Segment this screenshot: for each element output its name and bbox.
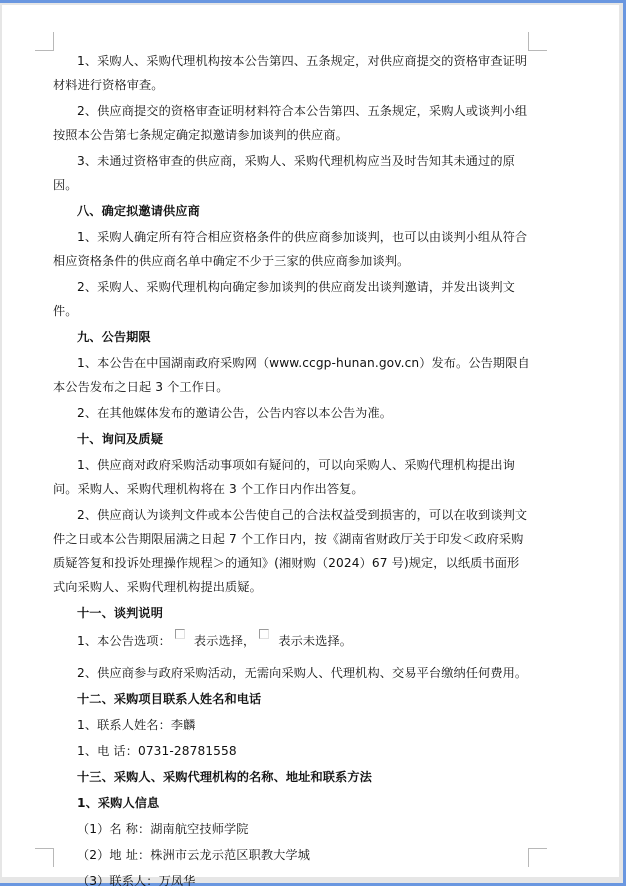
section-heading: 八、确定拟邀请供应商 xyxy=(53,199,531,223)
section-heading: 十、询问及质疑 xyxy=(53,427,531,451)
contact-phone: 1、电 话：0731-28781558 xyxy=(53,739,531,763)
crop-mark-top-left xyxy=(35,32,54,51)
paragraph: 1、供应商对政府采购活动事项如有疑问的，可以向采购人、采购代理机构提出询问。采购… xyxy=(53,453,531,501)
paragraph: 2、供应商提交的资格审查证明材料符合本公告第四、五条规定，采购人或谈判小组按照本… xyxy=(53,99,531,147)
paragraph: 2、在其他媒体发布的邀请公告，公告内容以本公告为准。 xyxy=(53,401,531,425)
checkbox-unselected-icon xyxy=(259,629,269,639)
paragraph: 2、采购人、采购代理机构向确定参加谈判的供应商发出谈判邀请，并发出谈判文件。 xyxy=(53,275,531,323)
section-heading: 十二、采购项目联系人姓名和电话 xyxy=(53,687,531,711)
purchaser-contact: （3）联系人：万凤华 xyxy=(53,869,531,886)
selected-label: 表示选择， xyxy=(194,634,255,648)
paragraph: 1、本公告在中国湖南政府采购网（www.ccgp-hunan.gov.cn）发布… xyxy=(53,351,531,399)
document-page: 1、采购人、采购代理机构按本公告第四、五条规定，对供应商提交的资格审查证明材料进… xyxy=(2,5,619,877)
subsection-heading: 1、采购人信息 xyxy=(53,791,531,815)
paragraph: 2、供应商认为谈判文件或本公告使自己的合法权益受到损害的，可以在收到谈判文件之日… xyxy=(53,503,531,599)
section-heading: 十三、采购人、采购代理机构的名称、地址和联系方法 xyxy=(53,765,531,789)
crop-mark-bottom-left xyxy=(35,848,54,867)
document-body: 1、采购人、采购代理机构按本公告第四、五条规定，对供应商提交的资格审查证明材料进… xyxy=(53,49,531,886)
paragraph: 2、供应商参与政府采购活动，无需向采购人、代理机构、交易平台缴纳任何费用。 xyxy=(53,661,531,685)
paragraph: 3、未通过资格审查的供应商，采购人、采购代理机构应当及时告知其未通过的原因。 xyxy=(53,149,531,197)
section-heading: 十一、谈判说明 xyxy=(53,601,531,625)
purchaser-address: （2）地 址：株洲市云龙示范区职教大学城 xyxy=(53,843,531,867)
paragraph: 1、采购人确定所有符合相应资格条件的供应商参加谈判，也可以由谈判小组从符合相应资… xyxy=(53,225,531,273)
checkbox-selected-icon xyxy=(175,629,185,639)
options-prefix: 1、本公告选项： xyxy=(77,634,171,648)
contact-name: 1、联系人姓名：李麟 xyxy=(53,713,531,737)
section-heading: 九、公告期限 xyxy=(53,325,531,349)
options-legend: 1、本公告选项：表示选择，表示未选择。 xyxy=(53,629,531,653)
paragraph: 1、采购人、采购代理机构按本公告第四、五条规定，对供应商提交的资格审查证明材料进… xyxy=(53,49,531,97)
unselected-label: 表示未选择。 xyxy=(278,634,352,648)
purchaser-name: （1）名 称：湖南航空技师学院 xyxy=(53,817,531,841)
